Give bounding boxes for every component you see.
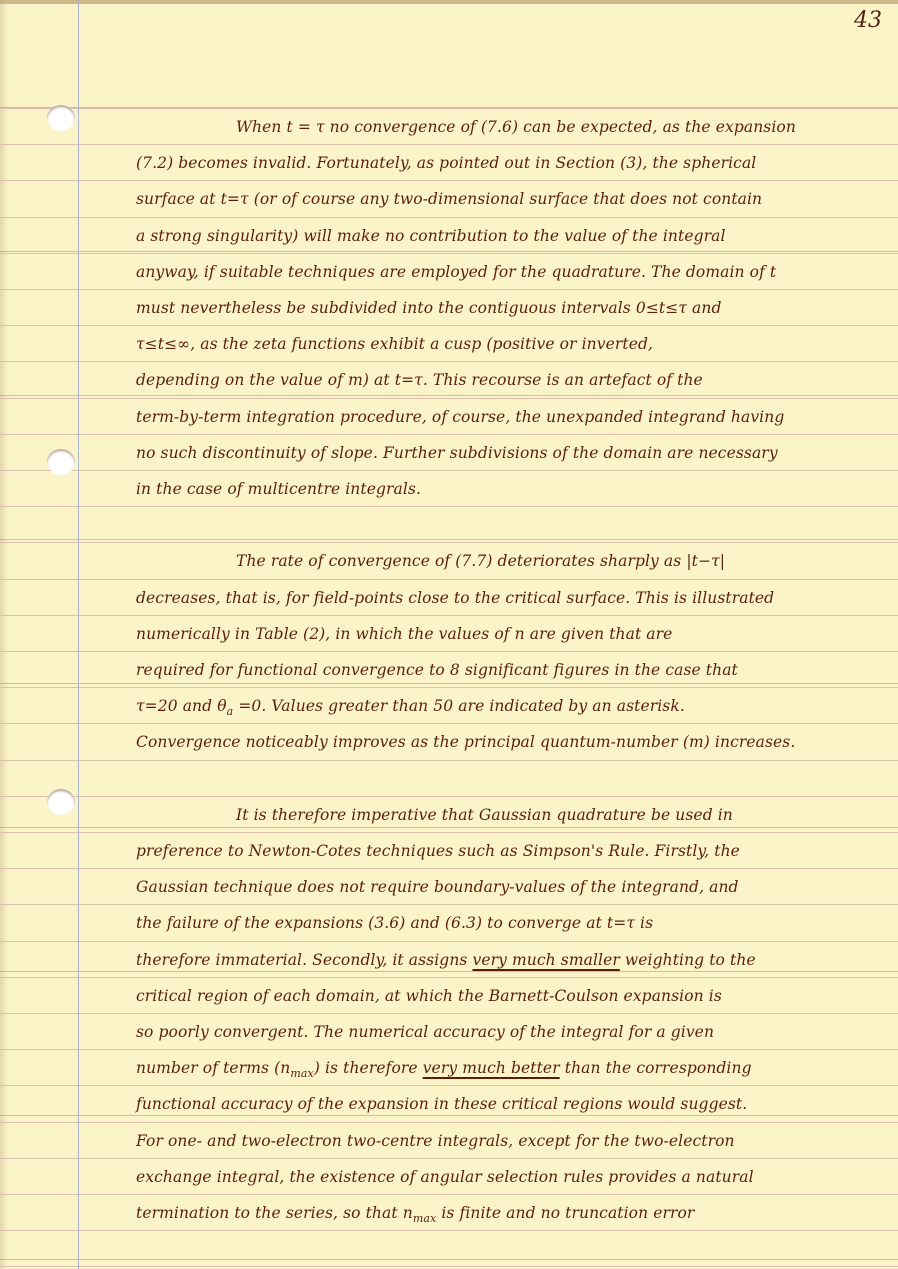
margin-line: [78, 0, 79, 1269]
text-line: critical region of each domain, at which…: [136, 987, 888, 1017]
text-line: so poorly convergent. The numerical accu…: [136, 1023, 888, 1053]
text-line: Gaussian technique does not require boun…: [136, 878, 888, 908]
text-line: decreases, that is, for field-points clo…: [136, 589, 888, 619]
text-line: depending on the value of m) at t=τ. Thi…: [136, 371, 888, 401]
text-line: term-by-term integration procedure, of c…: [136, 408, 888, 438]
notebook-page: 43 When t = τ no convergence of (7.6) ca…: [0, 0, 898, 1269]
text-line: τ≤t≤∞, as the zeta functions exhibit a c…: [136, 335, 888, 365]
text-line: τ=20 and θa =0. Values greater than 50 a…: [136, 697, 888, 727]
text-line: required for functional convergence to 8…: [136, 661, 888, 691]
text-line: When t = τ no convergence of (7.6) can b…: [136, 118, 888, 148]
text-line: surface at t=τ (or of course any two-dim…: [136, 190, 888, 220]
rule-line: [0, 796, 898, 797]
text-line: therefore immaterial. Secondly, it assig…: [136, 951, 888, 981]
rule-line: [0, 542, 898, 543]
underlined-emphasis: very much better: [423, 1059, 560, 1077]
text-line: a strong singularity) will make no contr…: [136, 227, 888, 257]
text-line: must nevertheless be subdivided into the…: [136, 299, 888, 329]
punch-hole-middle: [47, 449, 75, 475]
punch-hole-top: [47, 105, 75, 131]
text-line: The rate of convergence of (7.7) deterio…: [136, 552, 888, 582]
text-line: numerically in Table (2), in which the v…: [136, 625, 888, 655]
text-line: Convergence noticeably improves as the p…: [136, 733, 888, 763]
rule-line: [0, 1266, 898, 1267]
text-line: preference to Newton-Cotes techniques su…: [136, 842, 888, 872]
text-line: anyway, if suitable techniques are emplo…: [136, 263, 888, 293]
text-line: no such discontinuity of slope. Further …: [136, 444, 888, 474]
page-number: 43: [854, 8, 882, 33]
text-line: exchange integral, the existence of angu…: [136, 1168, 888, 1198]
text-line: (7.2) becomes invalid. Fortunately, as p…: [136, 154, 888, 184]
punch-hole-bottom: [47, 789, 75, 815]
text-line: It is therefore imperative that Gaussian…: [136, 806, 888, 836]
text-line: in the case of multicentre integrals.: [136, 480, 888, 510]
text-line: functional accuracy of the expansion in …: [136, 1095, 888, 1125]
text-line: termination to the series, so that nmax …: [136, 1204, 888, 1234]
rule-line: [0, 108, 898, 109]
underlined-emphasis: very much smaller: [472, 951, 619, 969]
text-line: For one- and two-electron two-centre int…: [136, 1132, 888, 1162]
text-line: the failure of the expansions (3.6) and …: [136, 914, 888, 944]
text-line: number of terms (nmax) is therefore very…: [136, 1059, 888, 1089]
